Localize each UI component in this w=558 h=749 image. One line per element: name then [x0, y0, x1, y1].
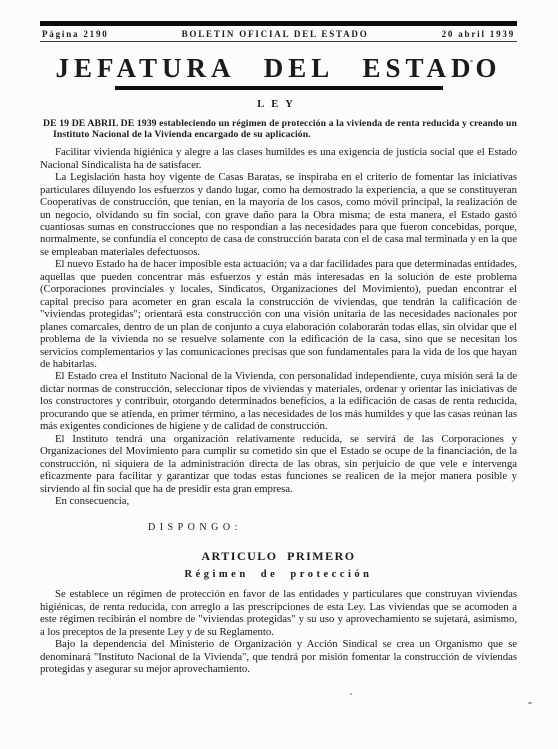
preamble-paragraph: El Estado crea el Instituto Nacional de … [40, 370, 517, 432]
preamble-paragraph: El nuevo Estado ha de hacer imposible es… [40, 258, 517, 370]
issue-date: 20 abril 1939 [442, 29, 515, 39]
bulletin-title: BOLETIN OFICIAL DEL ESTADO [182, 29, 369, 39]
preamble-paragraph: Facilitar vivienda higiénica y alegre a … [40, 146, 517, 171]
boe-scanned-page: Página 2190 BOLETIN OFICIAL DEL ESTADO 2… [0, 0, 558, 749]
law-kicker: LEY [40, 99, 517, 110]
article-paragraph: Bajo la dependencia del Ministerio de Or… [40, 638, 517, 675]
page-number-label: Página 2190 [42, 29, 109, 39]
section-title-rule [115, 86, 443, 90]
page-content: Página 2190 BOLETIN OFICIAL DEL ESTADO 2… [40, 21, 517, 676]
masthead-rule [40, 41, 517, 42]
article-heading: ARTICULO PRIMERO [40, 549, 517, 564]
article-subtitle: Régimen de protección [40, 569, 517, 580]
article-paragraph: Se establece un régimen de protección en… [40, 588, 517, 638]
preamble-paragraph: La Legislación hasta hoy vigente de Casa… [40, 171, 517, 258]
scan-speck [350, 693, 352, 695]
scan-speck [470, 60, 473, 62]
article-body: Se establece un régimen de protección en… [40, 588, 517, 675]
section-title: JEFATURA DEL ESTADO [40, 55, 517, 82]
scan-speck [528, 702, 532, 704]
law-summary: DE 19 DE ABRIL DE 1939 estableciendo un … [43, 118, 517, 141]
preamble-closing-line: En consecuencia, [40, 495, 517, 507]
preamble-paragraph: El Instituto tendrá una organización rel… [40, 433, 517, 495]
masthead: Página 2190 BOLETIN OFICIAL DEL ESTADO 2… [40, 21, 517, 42]
masthead-row: Página 2190 BOLETIN OFICIAL DEL ESTADO 2… [40, 26, 517, 41]
preamble: Facilitar vivienda higiénica y alegre a … [40, 146, 517, 507]
dispongo-label: DISPONGO: [148, 522, 517, 533]
